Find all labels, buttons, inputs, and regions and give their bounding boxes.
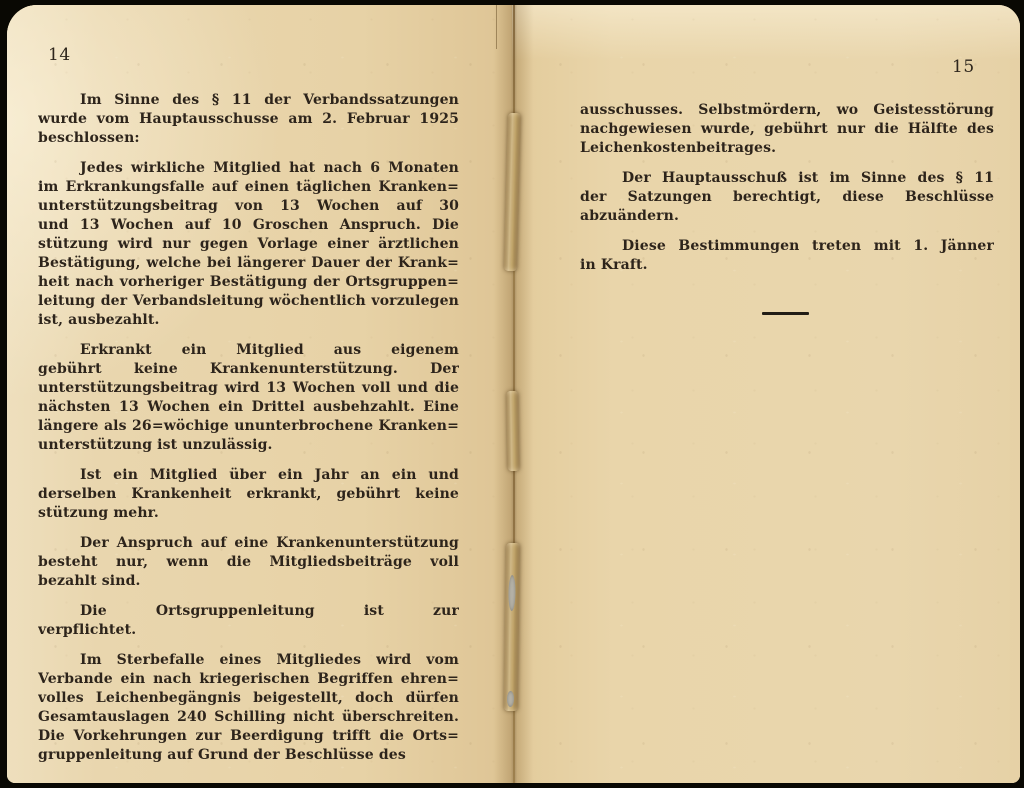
text-line: Bestätigung, welche bei längerer Dauer d… (38, 254, 459, 273)
text-line: ausschusses. Selbstmördern, wo Geistesst… (580, 101, 994, 120)
text-line: stützung wird nur gegen Vorlage einer är… (38, 235, 459, 254)
page-right-text-block: ausschusses. Selbstmördern, wo Geistesst… (580, 101, 994, 286)
text-line: in Kraft. (580, 256, 994, 275)
page-number-right: 15 (952, 57, 975, 77)
page-left-text-block: Im Sinne des § 11 der Verbandssatzungenw… (38, 91, 459, 776)
text-line: nachgewiesen wurde, gebührt nur die Hälf… (580, 120, 994, 139)
text-line: längere als 26=wöchige ununterbrochene K… (38, 417, 459, 436)
text-line: beschlossen: (38, 129, 459, 148)
text-line: volles Leichenbegängnis beigestellt, doc… (38, 689, 459, 708)
paragraph: Ist ein Mitglied über ein Jahr an ein un… (38, 466, 459, 523)
text-line: verpflichtet. (38, 621, 459, 640)
paragraph: Der Hauptausschuß ist im Sinne des § 11d… (580, 169, 994, 226)
text-line: Diese Bestimmungen treten mit 1. Jänner … (580, 237, 994, 256)
text-line: Der Anspruch auf eine Krankenunterstützu… (38, 534, 459, 553)
text-line: gebührt keine Krankenunterstützung. Der … (38, 360, 459, 379)
scanner-background: 14 Im Sinne des § 11 der Verbandssatzung… (0, 0, 1024, 788)
text-line: gruppenleitung auf Grund der Beschlüsse … (38, 746, 459, 765)
text-line: Ist ein Mitglied über ein Jahr an ein un… (38, 466, 459, 485)
text-line: unterstützung ist unzulässig. (38, 436, 459, 455)
text-line: besteht nur, wenn die Mitgliedsbeiträge … (38, 553, 459, 572)
paragraph: Jedes wirkliche Mitglied hat nach 6 Mona… (38, 159, 459, 330)
text-line: der Satzungen berechtigt, diese Beschlüs… (580, 188, 994, 207)
paragraph: Der Anspruch auf eine Krankenunterstützu… (38, 534, 459, 591)
text-line: Jedes wirkliche Mitglied hat nach 6 Mona… (38, 159, 459, 178)
paragraph: Im Sinne des § 11 der Verbandssatzungenw… (38, 91, 459, 148)
page-left: 14 Im Sinne des § 11 der Verbandssatzung… (7, 5, 512, 783)
section-divider-rule (762, 312, 809, 315)
text-line: unterstützungsbeitrag wird 13 Wochen vol… (38, 379, 459, 398)
page-number-left: 14 (48, 45, 71, 65)
text-line: Die Vorkehrungen zur Beerdigung trifft d… (38, 727, 459, 746)
open-booklet: 14 Im Sinne des § 11 der Verbandssatzung… (7, 5, 1020, 783)
paragraph: Diese Bestimmungen treten mit 1. Jänner … (580, 237, 994, 275)
paragraph: Erkrankt ein Mitglied aus eigenem Versch… (38, 341, 459, 455)
text-line: heit nach vorheriger Bestätigung der Ort… (38, 273, 459, 292)
text-line: Im Sterbefalle eines Mitgliedes wird vom (38, 651, 459, 670)
paragraph: Die Ortsgruppenleitung ist zur Krankenko… (38, 602, 459, 640)
text-line: Gesamtauslagen 240 Schilling nicht übers… (38, 708, 459, 727)
text-line: ist, ausbezahlt. (38, 311, 459, 330)
text-line: Erkrankt ein Mitglied aus eigenem Versch… (38, 341, 459, 360)
sheet-behind-edge (496, 5, 497, 49)
text-line: bezahlt sind. (38, 572, 459, 591)
paragraph: ausschusses. Selbstmördern, wo Geistesst… (580, 101, 994, 158)
text-line: unterstützungsbeitrag von 13 Wochen auf … (38, 197, 459, 216)
text-line: stützung mehr. (38, 504, 459, 523)
text-line: Der Hauptausschuß ist im Sinne des § 11 (580, 169, 994, 188)
text-line: Leichenkostenbeitrages. (580, 139, 994, 158)
text-line: Im Sinne des § 11 der Verbandssatzungen (38, 91, 459, 110)
text-line: im Erkrankungsfalle auf einen täglichen … (38, 178, 459, 197)
paragraph: Im Sterbefalle eines Mitgliedes wird vom… (38, 651, 459, 765)
text-line: Verbande ein nach kriegerischen Begriffe… (38, 670, 459, 689)
text-line: wurde vom Hauptausschusse am 2. Februar … (38, 110, 459, 129)
text-line: nächsten 13 Wochen ein Drittel ausbehzah… (38, 398, 459, 417)
text-line: und 13 Wochen auf 10 Groschen Anspruch. … (38, 216, 459, 235)
text-line: derselben Krankenheit erkrankt, gebührt … (38, 485, 459, 504)
page-right: 15 ausschusses. Selbstmördern, wo Geiste… (512, 5, 1020, 783)
text-line: Die Ortsgruppenleitung ist zur Krankenko… (38, 602, 459, 621)
text-line: leitung der Verbandsleitung wöchentlich … (38, 292, 459, 311)
text-line: abzuändern. (580, 207, 994, 226)
